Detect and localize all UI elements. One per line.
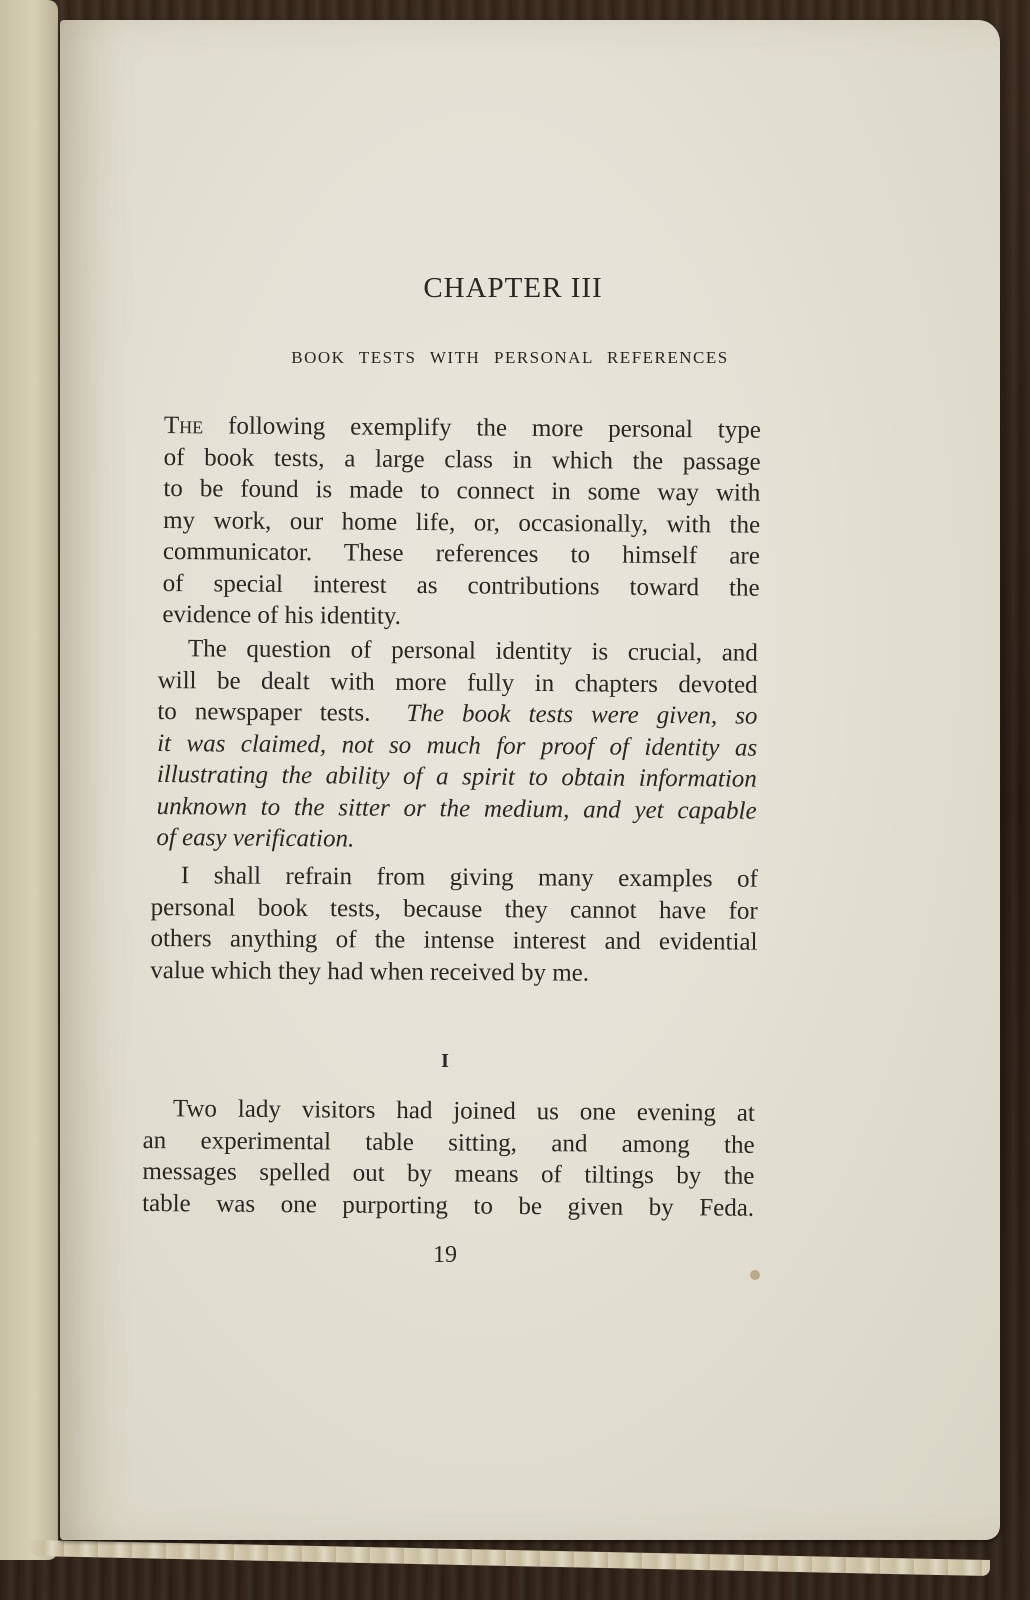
text-line: evidence of his identity. [162,599,759,635]
paragraph-1: The following exemplify the more persona… [162,410,761,635]
paper-stain [750,1270,760,1280]
text-line: communicator. These references to himsel… [163,536,760,572]
section-number: I [430,1050,460,1073]
text-line: Two lady visitors had joined us one even… [143,1093,755,1129]
section-paragraph: Two lady visitors had joined us one even… [142,1093,755,1224]
page-content: CHAPTER III BOOK TESTS WITH PERSONAL REF… [60,20,1000,1540]
book-page: CHAPTER III BOOK TESTS WITH PERSONAL REF… [60,20,1000,1540]
chapter-title: CHAPTER III [363,272,663,305]
text-line: messages spelled out by means of tilting… [142,1156,754,1192]
text-line: of special interest as contributions tow… [163,567,760,603]
paragraph-3: I shall refrain from giving many example… [150,860,758,990]
text-line: an experimental table sitting, and among… [143,1124,755,1160]
text-line: will be dealt with more fully in chapter… [158,664,758,700]
text-line: I shall refrain from giving many example… [151,860,758,895]
text-line: my work, our home life, or, occasionally… [163,504,760,540]
text-line: personal book tests, because they cannot… [151,891,758,926]
italic-line: it was claimed, not so much for proof of… [157,727,757,763]
paragraph-2: The question of personal identity is cru… [156,633,758,858]
text-line: of book tests, a large class in which th… [164,441,761,477]
text-line: The question of personal identity is cru… [158,633,758,669]
text-line: to be found is made to connect in some w… [163,473,760,509]
page-number: 19 [420,1242,470,1269]
drop-word: The [164,412,203,439]
text-line: value which they had when received by me… [150,954,757,989]
text-line: table was one purporting to be given by … [142,1187,754,1223]
italic-line: of easy verification. [156,822,756,858]
text-line: The following exemplify the more persona… [164,410,761,446]
italic-line: illustrating the ability of a spirit to … [157,759,757,795]
text-line: others anything of the intense interest … [150,923,757,958]
chapter-subtitle: BOOK TESTS WITH PERSONAL REFERENCES [225,348,795,368]
facing-page-edge [0,0,58,1560]
italic-text: The book tests were given, so [406,700,757,730]
text-line: to newspaper tests. The book tests were … [157,696,757,732]
italic-line: unknown to the sitter or the medium, and… [157,790,757,826]
